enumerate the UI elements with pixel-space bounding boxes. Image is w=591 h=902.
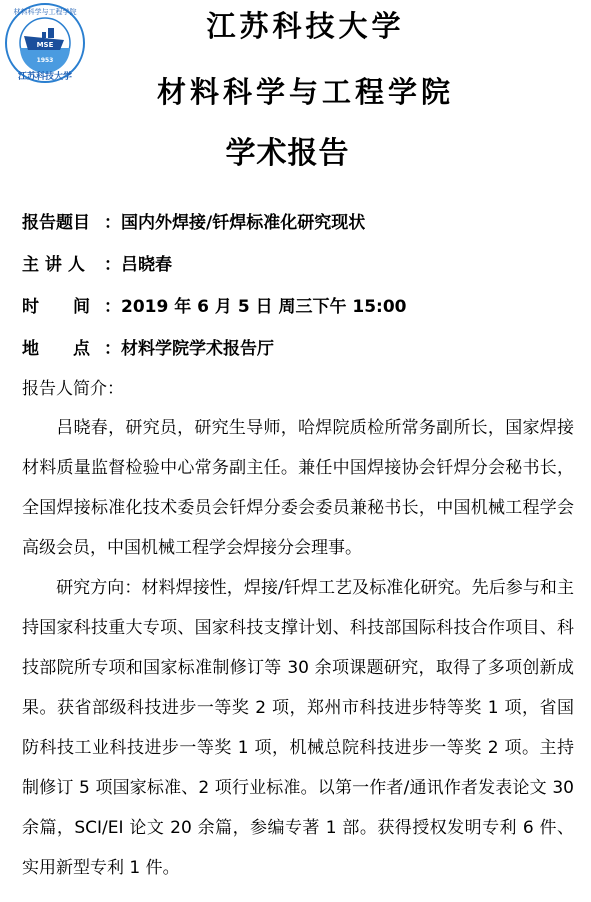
info-speaker: 主 讲 人：吕晓春	[22, 250, 172, 275]
info-label: 时 间	[22, 292, 104, 317]
university-name: 江苏科技大学	[10, 4, 591, 45]
info-label: 主 讲 人	[22, 250, 104, 275]
svg-text:1953: 1953	[37, 57, 54, 64]
info-value: 材料学院学术报告厅	[121, 339, 274, 359]
bio-paragraph-2: 研究方向：材料焊接性，焊接/钎焊工艺及标准化研究。先后参与和主持国家科技重大专项…	[22, 568, 574, 888]
college-name: 材料科学与工程学院	[10, 70, 591, 111]
info-time: 时 间：2019 年 6 月 5 日 周三下午 15:00	[22, 292, 407, 317]
info-value: 国内外焊接/钎焊标准化研究现状	[121, 213, 365, 233]
bio-paragraph-1: 吕晓春，研究员，研究生导师，哈焊院质检所常务副所长，国家焊接材料质量监督检验中心…	[22, 408, 574, 568]
info-value: 2019 年 6 月 5 日 周三下午 15:00	[121, 297, 407, 317]
bio-heading: 报告人简介：	[22, 374, 124, 399]
info-label: 报告题目	[22, 208, 104, 233]
info-value: 吕晓春	[121, 255, 172, 275]
document-title: 学术报告	[0, 128, 583, 172]
info-label: 地 点	[22, 334, 104, 359]
info-location: 地 点：材料学院学术报告厅	[22, 334, 274, 359]
info-topic: 报告题目：国内外焊接/钎焊标准化研究现状	[22, 208, 365, 233]
